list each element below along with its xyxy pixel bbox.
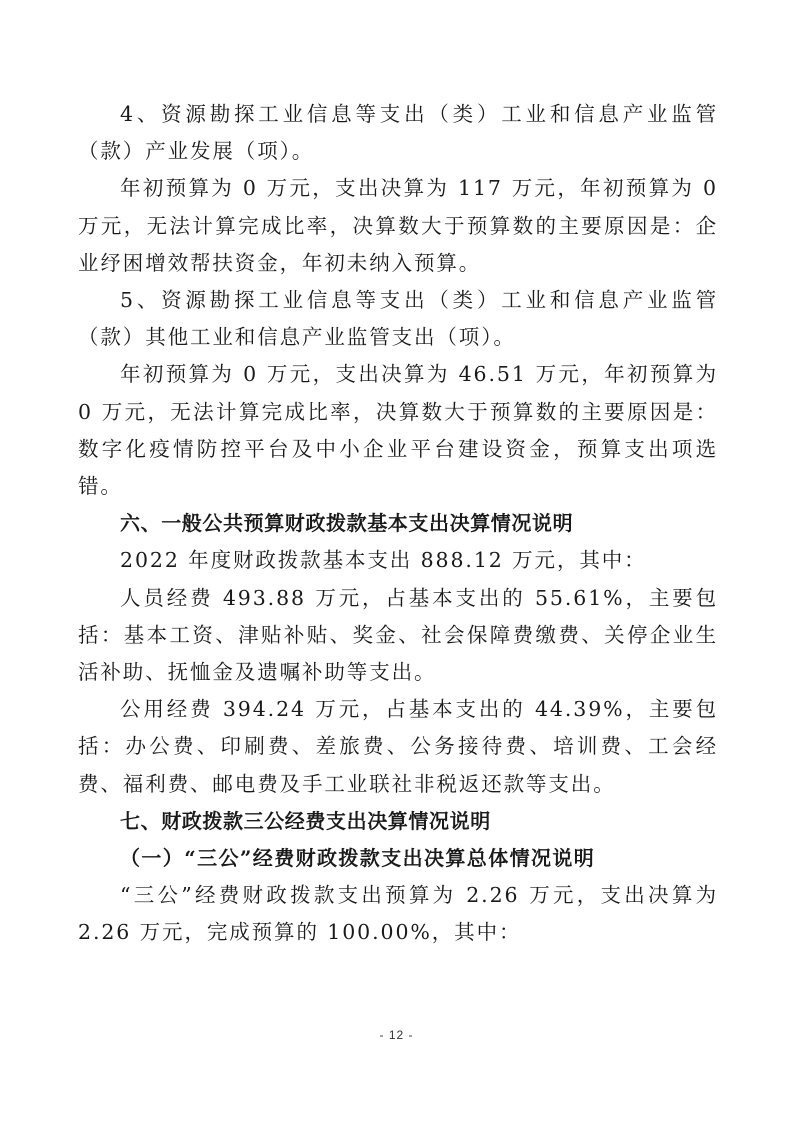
page-number: - 12 - xyxy=(0,1028,793,1042)
paragraph-basic-expenditure-total: 2022 年度财政拨款基本支出 888.12 万元，其中： xyxy=(78,542,718,579)
paragraph-item-4-title: 4、资源勘探工业信息等支出（类）工业和信息产业监管（款）产业发展（项）。 xyxy=(78,96,718,170)
section-heading-6: 六、一般公共预算财政拨款基本支出决算情况说明 xyxy=(78,505,718,542)
paragraph-personnel-expenses: 人员经费 493.88 万元，占基本支出的 55.61%，主要包括：基本工资、津… xyxy=(78,580,718,692)
paragraph-item-5-title: 5、资源勘探工业信息等支出（类）工业和信息产业监管（款）其他工业和信息产业监管支… xyxy=(78,282,718,356)
subsection-heading-1: （一）“三公”经费财政拨款支出决算总体情况说明 xyxy=(78,840,718,877)
paragraph-three-public-overview: “三公”经费财政拨款支出预算为 2.26 万元，支出决算为 2.26 万元，完成… xyxy=(78,877,718,951)
paragraph-item-4-detail: 年初预算为 0 万元，支出决算为 117 万元，年初预算为 0 万元，无法计算完… xyxy=(78,170,718,282)
section-heading-7: 七、财政拨款三公经费支出决算情况说明 xyxy=(78,803,718,840)
paragraph-public-expenses: 公用经费 394.24 万元，占基本支出的 44.39%，主要包括：办公费、印刷… xyxy=(78,691,718,803)
document-page: 4、资源勘探工业信息等支出（类）工业和信息产业监管（款）产业发展（项）。 年初预… xyxy=(78,96,718,952)
paragraph-item-5-detail: 年初预算为 0 万元，支出决算为 46.51 万元，年初预算为 0 万元，无法计… xyxy=(78,356,718,505)
